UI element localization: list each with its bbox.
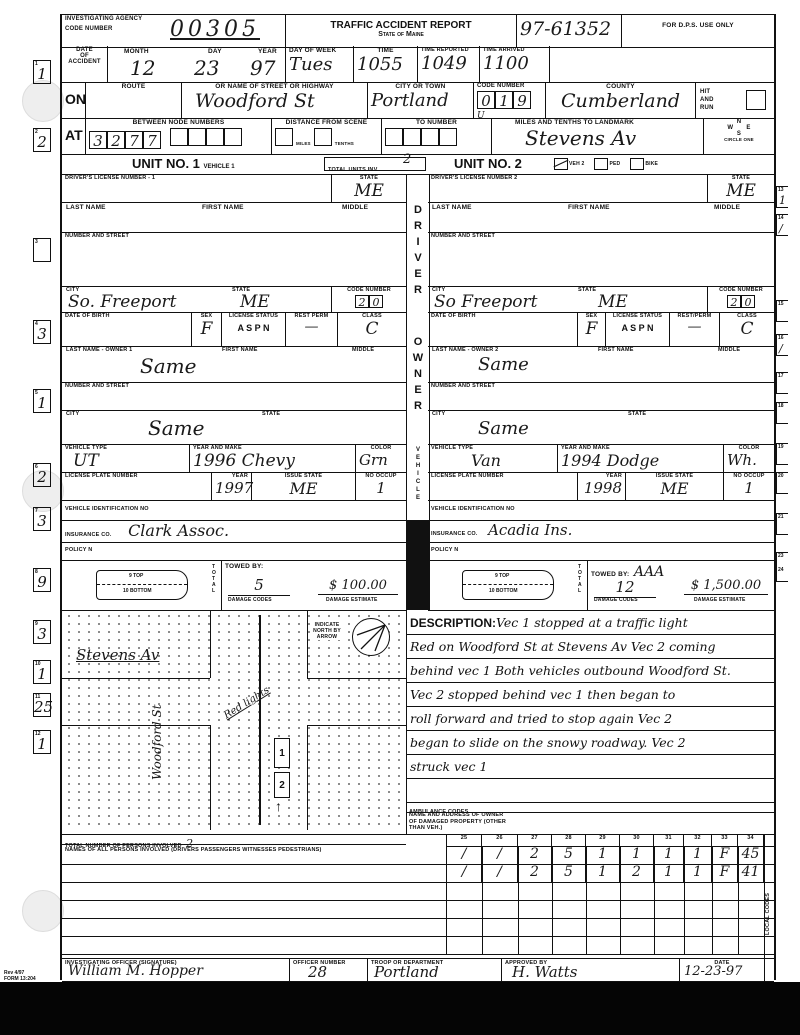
street-value[interactable]: Woodford St [185,90,364,112]
description-line[interactable]: struck vec 1 [406,754,774,779]
node-digit[interactable]: 3 [89,131,107,149]
margin-box-20[interactable]: 20 [776,472,788,494]
margin-box-16[interactable]: 16/ [776,334,788,356]
veh2-checkbox[interactable]: VEH 2 [554,158,584,170]
unit2-insurance[interactable]: Acadia Ins. [488,521,572,539]
at-row: AT BETWEEN NODE NUMBERS 3277 DISTANCE FR… [62,118,774,155]
unit1-year-make[interactable]: 1996 Chevy [193,451,352,471]
title-cell: TRAFFIC ACCIDENT REPORT State of Maine [286,15,516,47]
time-value[interactable]: 1055 [357,54,414,75]
compass-cell[interactable]: N W E S CIRCLE ONE [704,118,774,154]
unit1-plate-year[interactable]: 1997 [215,479,248,497]
unit2-plate-year[interactable]: 1998 [581,479,622,497]
form-title: TRAFFIC ACCIDENT REPORT [289,20,513,31]
diagram-street-woodford: Woodford St [150,704,164,780]
date-mdy-cell: MONTH DAY YEAR 12 23 97 [108,46,286,82]
month-value[interactable]: 12 [130,56,155,80]
hit-and-run-checkbox[interactable] [746,90,766,110]
county-cell: COUNTY Cumberland [546,82,696,118]
unit1-class[interactable]: C [341,319,403,339]
margin-box-21[interactable]: 21 [776,513,788,535]
unit1-license-status[interactable]: A S P N [225,323,282,333]
unit2-class[interactable]: C [723,319,771,339]
agency-code-cell: INVESTIGATING AGENCY CODE NUMBER 00305 [62,15,286,47]
approved-by-signature[interactable]: H. Watts [512,963,577,981]
margin-box-3[interactable]: 3 [33,238,51,262]
officer-signature[interactable]: William M. Hopper [68,963,203,979]
margin-box-6[interactable]: 62 [33,463,51,487]
margin-box-11[interactable]: 1125 [33,693,51,717]
node-digit[interactable] [206,128,224,146]
unit1-damage-estimate[interactable]: $ 100.00 [329,578,387,593]
unit-header-row: UNIT NO. 1 VEHICLE 1 TOTAL UNITS INV 2 U… [62,154,774,175]
description-line[interactable]: roll forward and tried to stop again Vec… [406,706,774,731]
vehicle-1-icon: 1 [274,738,290,768]
unit2-state[interactable]: ME [598,292,628,312]
node-digit[interactable]: 7 [143,131,161,149]
department-value[interactable]: Portland [374,963,439,981]
distance-cell: DISTANCE FROM SCENE MILES TENTHS [272,118,382,154]
direction-arrow-icon: ↑ [275,798,282,814]
time-cell: TIME 1055 [354,46,418,82]
day-of-week-cell: DAY OF WEEK Tues [286,46,354,82]
street-cell: OR NAME OF STREET OR HIGHWAY Woodford St [182,82,368,118]
unit1-city[interactable]: So. Freeport [68,292,177,312]
day-value[interactable]: 23 [194,56,219,80]
form-number: Rev 4/97FORM 13:204 [4,970,36,982]
unit1-vehicle-type[interactable]: UT [65,451,186,471]
local-codes-label: LOCAL CODES [765,893,771,935]
driver-vertical-label: DRIVER [407,202,429,298]
officer-number[interactable]: 28 [308,963,327,981]
miles-box[interactable] [275,128,293,146]
black-bar [407,520,429,610]
agency-code-value[interactable]: 00305 [170,17,260,42]
city-value[interactable]: Portland [371,90,470,111]
report-number[interactable]: 97-61352 [520,18,618,40]
to-number-cell: TO NUMBER [382,118,492,154]
bike-checkbox[interactable]: BIKE [630,158,658,170]
diagram-street-stevens: Stevens Av [76,646,159,664]
city-code-digit[interactable]: 9 [513,91,531,109]
unit2-sex[interactable]: F [581,319,602,339]
node-digit[interactable] [188,128,206,146]
margin-box-10[interactable]: 101 [33,660,51,684]
unit2-vehicle-type[interactable]: Van [431,451,554,470]
unit1-color[interactable]: Grn [359,451,403,469]
day-of-week-value[interactable]: Tues [289,54,350,75]
total-units-box: TOTAL UNITS INV 2 [324,157,426,171]
table-row[interactable]: / / 2 5 1 1 1 1 F 45 [62,846,774,865]
unit2-car-diagram[interactable]: 9 TOP 10 BOTTOM TOTAL [428,560,588,610]
to-number-digit[interactable] [403,128,421,146]
unit1-car-diagram[interactable]: 9 TOP 10 BOTTOM TOTAL [62,560,222,610]
margin-box-4[interactable]: 43 [33,320,51,344]
city-code-cell: CODE NUMBER 019 U [474,82,546,118]
unit1-state[interactable]: ME [240,292,270,312]
unit2-year-make[interactable]: 1994 Dodge [561,451,720,470]
report-number-cell: 97-61352 [516,15,622,47]
punch-hole [22,890,64,932]
unit2-color[interactable]: Wh. [727,451,771,469]
unit2-city[interactable]: So Freeport [434,292,537,312]
unit2-license-state[interactable]: ME [711,181,771,201]
table-row[interactable]: / / 2 5 1 2 1 1 F 41 [62,864,774,883]
table-row[interactable] [62,918,774,937]
node-numbers-cell: BETWEEN NODE NUMBERS 3277 [86,118,272,154]
date-row: DATE OF ACCIDENT MONTH DAY YEAR 12 23 97… [62,46,774,83]
footer-row: INVESTIGATING OFFICER (SIGNATURE) Willia… [62,958,774,982]
city-code-digit[interactable]: 1 [495,91,513,109]
time-arrived-value[interactable]: 1100 [483,53,546,74]
on-row: ON ROUTE OR NAME OF STREET OR HIGHWAY Wo… [62,82,774,119]
table-row[interactable] [62,900,774,919]
margin-box-23[interactable]: 2324 [776,552,788,582]
total-units-value[interactable]: 2 [403,152,411,167]
to-number-digit[interactable] [421,128,439,146]
description-line[interactable]: Vec 2 stopped behind vec 1 then began to [406,682,774,707]
hit-and-run-cell: HIT AND RUN [696,82,774,118]
unit1-damage-codes[interactable]: 5 [254,576,264,594]
unit1-insurance[interactable]: Clark Assoc. [128,521,229,540]
margin-box-7[interactable]: 73 [33,507,51,531]
margin-box-8[interactable]: 89 [33,568,51,592]
unit1-issue-state[interactable]: ME [255,479,352,498]
city-code-digit[interactable]: 0 [477,91,495,109]
unit1-sex[interactable]: F [195,319,218,339]
north-indicator-label: INDICATE NORTH BY ARROW [312,622,342,640]
to-number-digit[interactable] [385,128,403,146]
description-line[interactable]: began to slide on the snowy roadway. Vec… [406,730,774,755]
description-line[interactable]: behind vec 1 Both vehicles outbound Wood… [406,658,774,683]
north-arrow-icon[interactable] [352,618,390,656]
table-row[interactable] [62,882,774,901]
unit2-owner[interactable]: Same [478,354,529,375]
margin-box-1[interactable]: 11 [33,60,51,84]
description-section: DESCRIPTION:Vec 1 stopped at a traffic l… [406,610,774,800]
county-value[interactable]: Cumberland [549,90,692,112]
unit2-damage-estimate[interactable]: $ 1,500.00 [691,578,761,593]
margin-box-5[interactable]: 51 [33,389,51,413]
dps-cell: FOR D.P.S. USE ONLY [622,15,774,47]
margin-box-17[interactable]: 17 [776,372,788,394]
year-value[interactable]: 97 [250,56,275,80]
node-digit[interactable] [170,128,188,146]
report-date[interactable]: 12-23-97 [684,964,742,979]
node-digit[interactable]: 7 [125,131,143,149]
margin-box-12[interactable]: 121 [33,730,51,754]
landmark-cell: MILES AND TENTHS TO LANDMARK Stevens Av [492,118,704,154]
margin-box-9[interactable]: 93 [33,620,51,644]
time-reported-value[interactable]: 1049 [421,53,476,74]
middle-column: DRIVER OWNER VEHICLE [406,174,430,610]
ped-checkbox[interactable]: PED [594,158,620,170]
table-row[interactable] [62,936,774,955]
time-reported-cell: TIME REPORTED 1049 [418,46,480,82]
unit2-section: DRIVER'S LICENSE NUMBER 2 STATEME LAST N… [428,174,774,610]
node-digit[interactable] [224,128,242,146]
time-arrived-cell: TIME ARRIVED 1100 [480,46,550,82]
unit2-issue-state[interactable]: ME [629,479,720,498]
scan-background [0,982,800,1035]
margin-box-14[interactable]: 14/ [776,214,788,236]
unit1-section: DRIVER'S LICENSE NUMBER - 1 STATEME LAST… [62,174,406,610]
vehicle-vertical-label: VEHICLE [407,446,429,502]
accident-diagram[interactable]: Stevens Av Woodford St Red lights INDICA… [62,610,407,835]
landmark-value[interactable]: Stevens Av [495,126,700,150]
persons-table: NAMES OF ALL PERSONS INVOLVED (DRIVERS P… [62,834,774,959]
unit2-license-status[interactable]: A S P N [609,323,666,333]
header-row: INVESTIGATING AGENCY CODE NUMBER 00305 T… [62,14,774,48]
to-number-digit[interactable] [439,128,457,146]
unit2-title: UNIT NO. 2 [454,156,522,171]
unit2-damage-codes[interactable]: 12 [615,578,634,596]
margin-box-15[interactable]: 15 [776,300,788,322]
form-subtitle: State of Maine [289,31,513,38]
node-digit[interactable]: 2 [107,131,125,149]
unit1-title: UNIT NO. 1 VEHICLE 1 [132,156,235,171]
city-cell: CITY OR TOWN Portland [368,82,474,118]
traffic-accident-report-form: INVESTIGATING AGENCY CODE NUMBER 00305 T… [60,14,776,980]
punch-hole [22,80,64,122]
description-line[interactable]: Vec 1 stopped at a traffic light [496,615,688,630]
tenths-box[interactable] [314,128,332,146]
vehicle-2-icon: 2 [274,772,290,798]
unit1-owner-city[interactable]: Same [148,416,204,440]
unit1-occupants[interactable]: 1 [359,479,403,497]
description-line[interactable]: Red on Woodford St at Stevens Av Vec 2 c… [406,634,774,659]
margin-box-13[interactable]: 131 [776,186,788,208]
unit1-license-state[interactable]: ME [335,181,403,201]
unit2-owner-city[interactable]: Same [478,418,529,439]
margin-box-18[interactable]: 18 [776,402,788,424]
route-cell: ROUTE [86,82,182,118]
owner-vertical-label: OWNER [407,334,429,414]
unit1-owner[interactable]: Same [140,354,196,378]
margin-box-19[interactable]: 19 [776,443,788,465]
margin-box-2[interactable]: 22 [33,128,51,152]
unit2-occupants[interactable]: 1 [727,479,771,497]
damaged-property-owner[interactable]: NAME AND ADDRESS OF OWNER OF DAMAGED PRO… [406,812,774,834]
